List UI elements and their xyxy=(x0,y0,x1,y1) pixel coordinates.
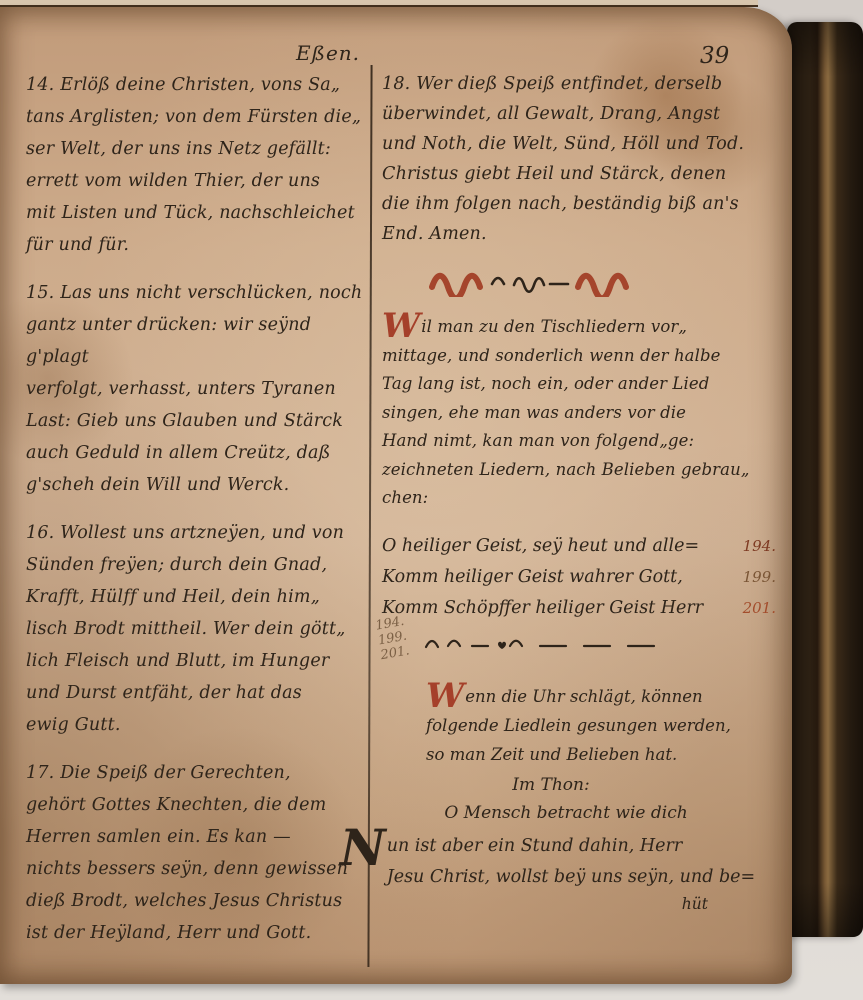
catchword: hüt xyxy=(382,895,780,913)
hymn-list-item: O heiliger Geist, seÿ heut und alle= 194… xyxy=(382,531,780,562)
rubric-initial: W xyxy=(426,676,464,716)
hymn-list-item: Komm heiliger Geist wahrer Gott, 199. xyxy=(382,562,780,593)
verse-18: 18. Wer dieß Speiß entfindet, derselb üb… xyxy=(382,69,780,249)
hymn-number: 194. xyxy=(743,531,776,562)
hymn-list-item: Komm Schöpffer heiliger Geist Herr 201. xyxy=(382,593,780,624)
previous-page-edge xyxy=(0,0,758,7)
page-number: 39 xyxy=(700,43,729,69)
hymn-number: 201. xyxy=(743,593,776,624)
hymn-title: Komm heiliger Geist wahrer Gott, xyxy=(382,562,683,593)
verse-17: 17. Die Speiß der Gerechten, gehört Gott… xyxy=(26,757,366,949)
heart-flourish-icon xyxy=(422,636,712,656)
hymn-list: O heiliger Geist, seÿ heut und alle= 194… xyxy=(382,531,780,624)
hymn-title: O heiliger Geist, seÿ heut und alle= xyxy=(382,531,699,562)
final-verse: Nun ist aber ein Stund dahin, Herr Jesu … xyxy=(382,831,780,893)
verse-14: 14. Erlöß deine Christen, vons Sa„ tans … xyxy=(26,69,366,261)
verse-15: 15. Las uns nicht verschlücken, noch gan… xyxy=(26,277,366,501)
rubric-text: il man zu den Tischliedern vor„ mittage,… xyxy=(382,317,749,507)
right-column: 18. Wer dieß Speiß entfindet, derselb üb… xyxy=(382,69,780,913)
book-cover-spine xyxy=(787,22,863,937)
flourish-divider-icon xyxy=(428,271,644,297)
manuscript-page: Eßen. 39 14. Erlöß deine Christen, vons … xyxy=(0,7,792,984)
tune-title: O Mensch betracht wie dich xyxy=(382,799,780,827)
final-verse-text: un ist aber ein Stund dahin, Herr Jesu C… xyxy=(387,836,755,887)
rubric-text: enn die Uhr schlägt, können folgende Lie… xyxy=(426,687,731,764)
tune-label: Im Thon: xyxy=(382,771,780,799)
rubric-table-songs: Wil man zu den Tischliedern vor„ mittage… xyxy=(382,313,780,513)
manuscript-photo: Eßen. 39 14. Erlöß deine Christen, vons … xyxy=(0,0,863,1000)
hymn-number: 199. xyxy=(743,562,776,593)
rubric-clock-songs: Wenn die Uhr schlägt, können folgende Li… xyxy=(426,682,780,769)
rubric-initial: W xyxy=(382,306,420,346)
verse-16: 16. Wollest uns artzneÿen, und von Sünde… xyxy=(26,517,366,741)
flourish-row: 194. 199. 201. xyxy=(382,630,780,680)
hymn-title: Komm Schöpffer heiliger Geist Herr xyxy=(382,593,703,624)
decorated-initial: N xyxy=(340,831,384,865)
left-column: 14. Erlöß deine Christen, vons Sa„ tans … xyxy=(26,69,366,965)
running-title: Eßen. xyxy=(296,41,360,65)
